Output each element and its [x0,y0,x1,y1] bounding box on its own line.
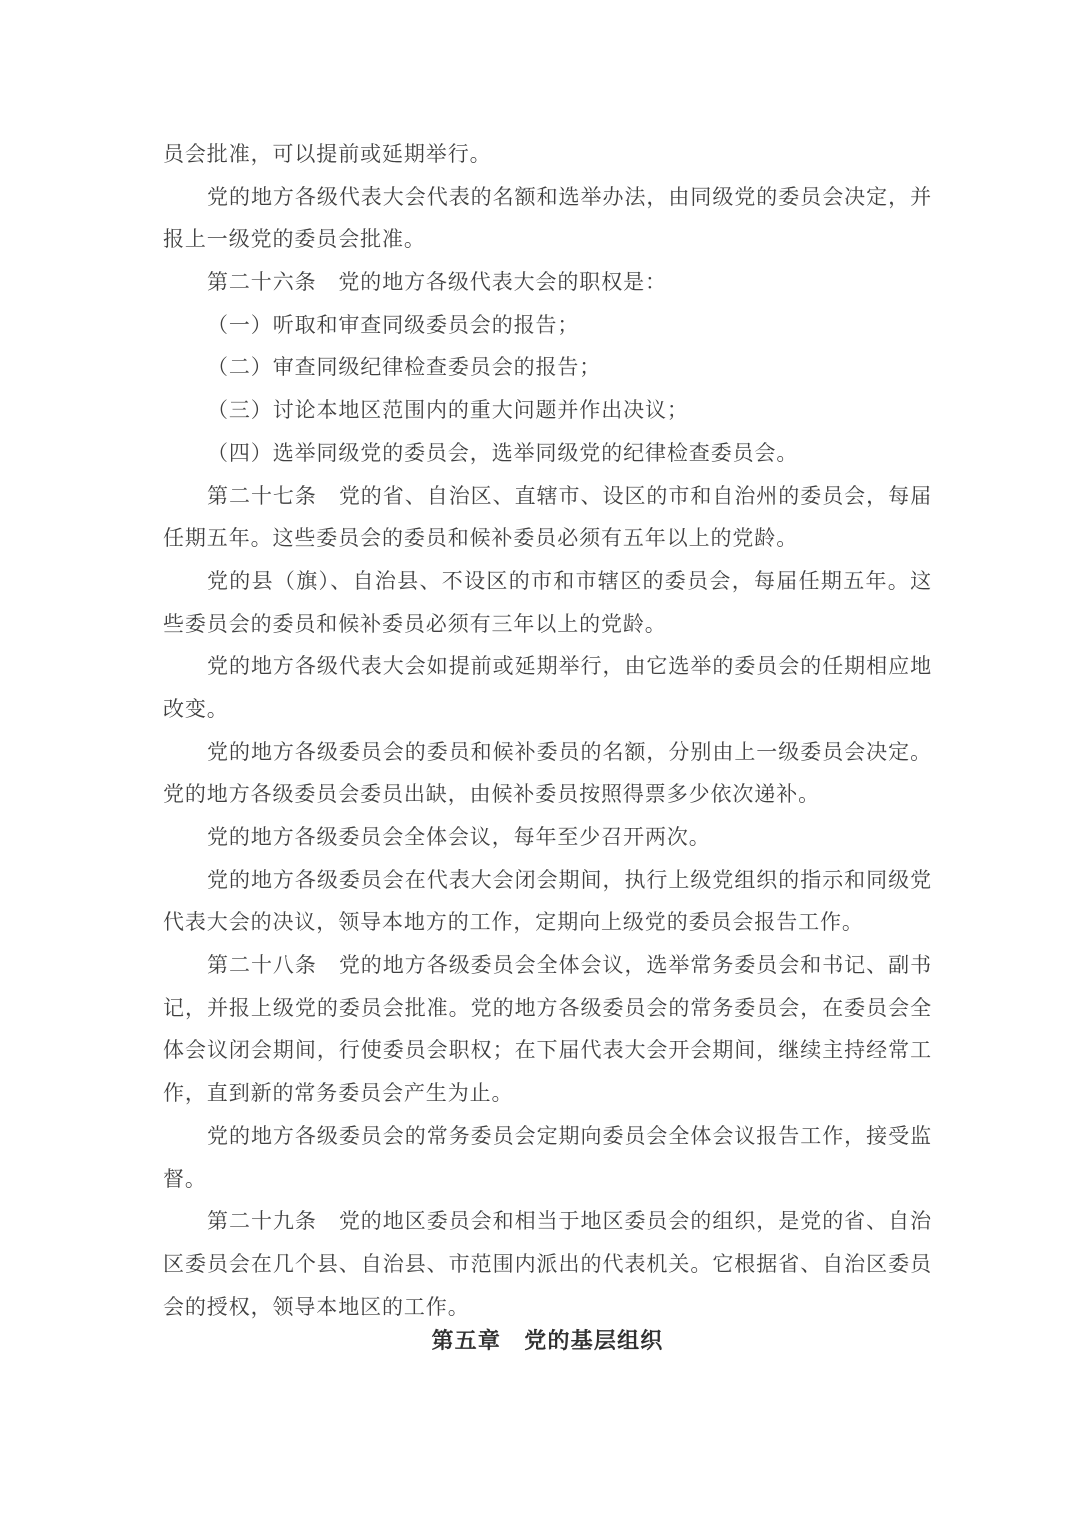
text-line: 第二十六条 党的地方各级代表大会的职权是： [163,261,932,304]
text-line: 督。 [163,1158,932,1201]
text-line: 党的地方各级委员会的委员和候补委员的名额，分别由上一级委员会决定。 [163,731,932,774]
text-line: 些委员会的委员和候补委员必须有三年以上的党龄。 [163,603,932,646]
text-line: 员会批准，可以提前或延期举行。 [163,133,932,176]
text-line: 党的地方各级委员会委员出缺，由候补委员按照得票多少依次递补。 [163,773,932,816]
text-line: 报上一级党的委员会批准。 [163,218,932,261]
text-line: 第二十九条 党的地区委员会和相当于地区委员会的组织，是党的省、自治 [163,1200,932,1243]
text-line: 体会议闭会期间，行使委员会职权；在下届代表大会开会期间，继续主持经常工 [163,1029,932,1072]
text-line: 记，并报上级党的委员会批准。党的地方各级委员会的常务委员会，在委员会全 [163,987,932,1030]
text-line: 第二十八条 党的地方各级委员会全体会议，选举常务委员会和书记、副书 [163,944,932,987]
document-paragraphs: 员会批准，可以提前或延期举行。党的地方各级代表大会代表的名额和选举办法，由同级党… [163,133,932,1328]
text-line: （二）审查同级纪律检查委员会的报告； [163,346,932,389]
text-line: 党的地方各级委员会全体会议，每年至少召开两次。 [163,816,932,859]
text-line: 党的地方各级代表大会如提前或延期举行，由它选举的委员会的任期相应地 [163,645,932,688]
text-line: （三）讨论本地区范围内的重大问题并作出决议； [163,389,932,432]
text-line: 区委员会在几个县、自治县、市范围内派出的代表机关。它根据省、自治区委员 [163,1243,932,1286]
text-line: 第二十七条 党的省、自治区、直辖市、设区的市和自治州的委员会，每届 [163,475,932,518]
text-line: （一）听取和审查同级委员会的报告； [163,304,932,347]
text-line: 任期五年。这些委员会的委员和候补委员必须有五年以上的党龄。 [163,517,932,560]
text-line: 代表大会的决议，领导本地方的工作，定期向上级党的委员会报告工作。 [163,901,932,944]
document-content: 员会批准，可以提前或延期举行。党的地方各级代表大会代表的名额和选举办法，由同级党… [163,133,932,1363]
text-line: 改变。 [163,688,932,731]
text-line: 作，直到新的常务委员会产生为止。 [163,1072,932,1115]
text-line: （四）选举同级党的委员会，选举同级党的纪律检查委员会。 [163,432,932,475]
document-page: 员会批准，可以提前或延期举行。党的地方各级代表大会代表的名额和选举办法，由同级党… [0,0,1080,1527]
text-line: 党的地方各级委员会在代表大会闭会期间，执行上级党组织的指示和同级党 [163,859,932,902]
text-line: 党的地方各级代表大会代表的名额和选举办法，由同级党的委员会决定，并 [163,176,932,219]
text-line: 党的县（旗）、自治县、不设区的市和市辖区的委员会，每届任期五年。这 [163,560,932,603]
text-line: 党的地方各级委员会的常务委员会定期向委员会全体会议报告工作，接受监 [163,1115,932,1158]
